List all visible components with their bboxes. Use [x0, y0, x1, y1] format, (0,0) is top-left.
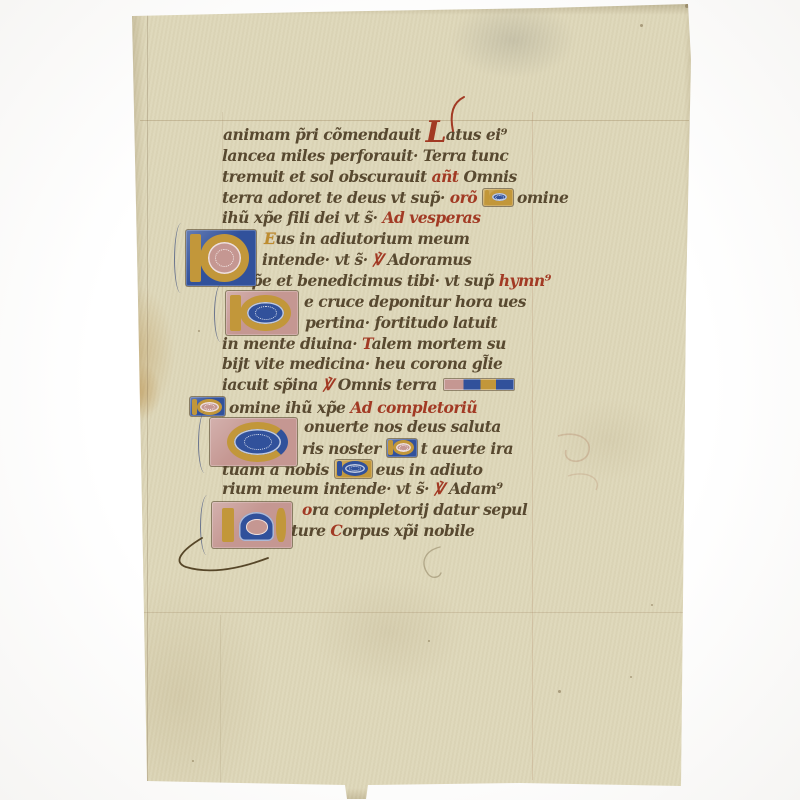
photo-background: animam p̃ri cõmendauit Latus ei⁹lancea m…	[0, 0, 800, 800]
body-text: omine ihũ xp̃e	[229, 398, 350, 417]
illuminated-initial-e	[387, 439, 417, 457]
manuscript-text-line: ris noster t auerte ira	[302, 439, 513, 458]
body-text: eus in adiuto	[376, 460, 483, 479]
manuscript-text-line: bijt vite medicina· heu corona gl̃ie	[222, 355, 502, 373]
manuscript-text-line: ihũ xp̃e fili dei vt s̃· Ad vesperas	[222, 209, 480, 227]
speck	[558, 690, 561, 693]
manuscript-text-line: ture Corpus xp̃i nobile	[291, 522, 474, 540]
speck	[685, 4, 689, 8]
body-text: t auerte ira	[421, 439, 513, 458]
fold-streak	[220, 615, 221, 783]
ruling-line-right	[532, 112, 533, 780]
manuscript-text-line: tremuit et sol obscurauit añt Omnis	[222, 168, 517, 186]
line-filler-bar	[444, 379, 514, 390]
speck	[630, 676, 632, 678]
pen-flourish	[214, 284, 228, 342]
illuminated-initial-d	[483, 189, 513, 206]
pen-flourish	[174, 223, 188, 293]
fold-crease	[147, 2, 148, 798]
pen-curl-mark	[416, 543, 448, 581]
body-text: ris noster	[302, 439, 386, 458]
manuscript-text-line: Eus in adiutorium meum	[264, 230, 469, 248]
rubric-text: Ad completoriũ	[350, 398, 477, 417]
body-text: Omnis	[463, 167, 516, 186]
rubric-text: L	[426, 115, 446, 150]
body-text: alem mortem su	[372, 334, 506, 353]
rubric-text: Ad vesperas	[382, 208, 480, 227]
body-text: e cruce deponitur hora ues	[304, 292, 526, 311]
manuscript-text-line: omine ihũ xp̃e Ad completoriũ	[189, 397, 477, 417]
illuminated-initial-d	[186, 230, 256, 286]
manuscript-leaf: animam p̃ri cõmendauit Latus ei⁹lancea m…	[128, 0, 694, 800]
rubric-text: orõ	[450, 188, 482, 207]
body-text: onuerte nos deus saluta	[304, 417, 501, 436]
body-text: ra completorij datur sepul	[312, 500, 527, 519]
manuscript-text-line: rium meum intende· vt s̃· ℣ Adam⁹	[222, 480, 503, 498]
rubric-text: C	[330, 521, 342, 540]
body-text: tremuit et sol obscurauit	[222, 167, 432, 186]
speck	[651, 604, 653, 606]
body-text: ihũ xp̃e fili dei vt s̃·	[222, 208, 382, 227]
body-text: orpus xp̃i nobile	[342, 521, 474, 540]
manuscript-text-line: pertina· fortitudo latuit	[305, 314, 497, 332]
body-text: Adam⁹	[449, 479, 503, 498]
body-text: te xp̃e et benedicimus tibi· vt sup̃	[222, 271, 499, 290]
pen-flourish	[200, 495, 214, 555]
speck	[640, 24, 643, 27]
illuminated-initial-d	[226, 291, 298, 335]
rubric-text: ℣	[373, 250, 388, 269]
body-text: lancea miles perforauit· Terra tunc	[222, 146, 508, 165]
manuscript-text-line: animam p̃ri cõmendauit Latus ei⁹	[223, 126, 507, 144]
crease-line-bottom	[132, 612, 690, 613]
rubric-text: añt	[432, 167, 464, 186]
body-text: ture	[291, 521, 330, 540]
speck	[198, 330, 200, 332]
body-text: animam p̃ri cõmendauit	[223, 125, 426, 144]
rubric-text: ℣	[434, 479, 449, 498]
manuscript-text-line: terra adoret te deus vt sup̃· orõ omine	[222, 189, 568, 207]
illuminated-initial-c	[210, 418, 297, 466]
manuscript-text-line: lancea miles perforauit· Terra tunc	[222, 147, 508, 165]
body-text: omine	[517, 188, 568, 207]
body-text: rium meum intende· vt s̃·	[222, 479, 434, 498]
body-text: pertina· fortitudo latuit	[305, 313, 497, 332]
body-text: Omnis terra	[338, 375, 442, 394]
manuscript-text-line: onuerte nos deus saluta	[304, 418, 501, 436]
body-text: intende· vt s̃·	[262, 250, 373, 269]
speck	[192, 760, 194, 762]
manuscript-text-line: e cruce deponitur hora ues	[304, 293, 526, 311]
body-text: us in adiutorium meum	[275, 229, 469, 248]
body-text: terra adoret te deus vt sup̃·	[222, 188, 450, 207]
manuscript-text-line: te xp̃e et benedicimus tibi· vt sup̃ hym…	[222, 272, 551, 290]
ruling-line-top	[140, 120, 689, 121]
rubric-text: T	[362, 334, 372, 353]
manuscript-text-line: ora completorij datur sepul	[302, 501, 527, 519]
body-text: in mente diuina·	[222, 334, 362, 353]
manuscript-text-line: in mente diuina· Talem mortem su	[222, 335, 506, 353]
speck	[428, 640, 430, 642]
manuscript-text-line: intende· vt s̃· ℣ Adoramus	[262, 251, 471, 269]
body-text: atus ei⁹	[446, 125, 507, 144]
body-text: E	[264, 229, 275, 248]
body-text: bijt vite medicina· heu corona gl̃ie	[222, 354, 502, 373]
rubric-text: ℣	[323, 375, 338, 394]
show-through-marks	[548, 428, 612, 502]
body-text: Adoramus	[388, 250, 472, 269]
manuscript-text-line: iacuit sp̃ina ℣ Omnis terra	[222, 376, 514, 394]
rubric-text: o	[302, 500, 312, 519]
body-text: iacuit sp̃ina	[222, 375, 323, 394]
rubric-text: hymn⁹	[499, 271, 551, 290]
illuminated-initial-d	[335, 460, 372, 478]
illuminated-initial-h	[212, 502, 292, 548]
pen-flourish	[198, 411, 212, 473]
